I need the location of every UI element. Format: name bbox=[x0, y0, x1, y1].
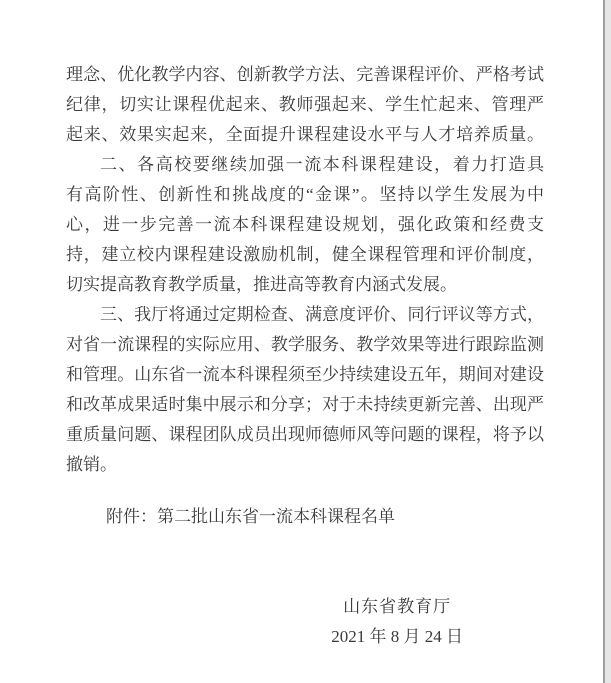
body-line: 理念、优化教学内容、创新教学方法、完善课程评价、严格考试 bbox=[66, 60, 544, 90]
signature-organization: 山东省教育厅 bbox=[331, 592, 463, 622]
scanned-document-page: 理念、优化教学内容、创新教学方法、完善课程评价、严格考试 纪律，切实让课程优起来… bbox=[0, 0, 611, 683]
attachment-reference-line: 附件：第二批山东省一流本科课程名单 bbox=[66, 502, 544, 532]
scan-edge-strip bbox=[605, 0, 611, 683]
body-line-paragraph-2-end: 切实提高教育教学质量，推进高等教育内涵式发展。 bbox=[66, 270, 544, 300]
body-line-paragraph-3-start: 三、我厅将通过定期检查、满意度评价、同行评议等方式， bbox=[66, 300, 544, 330]
body-line-paragraph-2-start: 二、各高校要继续加强一流本科课程建设，着力打造具 bbox=[66, 150, 544, 180]
body-line-paragraph-3-end: 撤销。 bbox=[66, 450, 544, 480]
body-line: 和管理。山东省一流本科课程须至少持续建设五年，期间对建设 bbox=[66, 360, 544, 390]
body-line: 心，进一步完善一流本科课程建设规划，强化政策和经费支 bbox=[66, 210, 544, 240]
body-line: 持，建立校内课程建设激励机制，健全课程管理和评价制度， bbox=[66, 240, 544, 270]
body-line: 有高阶性、创新性和挑战度的“金课”。坚持以学生发展为中 bbox=[66, 180, 544, 210]
body-line: 起来、效果实起来，全面提升课程建设水平与人才培养质量。 bbox=[66, 120, 544, 150]
document-body: 理念、优化教学内容、创新教学方法、完善课程评价、严格考试 纪律，切实让课程优起来… bbox=[66, 60, 544, 652]
body-line: 纪律，切实让课程优起来、教师强起来、学生忙起来、管理严 bbox=[66, 90, 544, 120]
signature-block: 山东省教育厅 2021 年 8 月 24 日 bbox=[331, 592, 463, 652]
body-line: 重质量问题、课程团队成员出现师德师风等问题的课程，将予以 bbox=[66, 420, 544, 450]
body-line: 对省一流课程的实际应用、教学服务、教学效果等进行跟踪监测 bbox=[66, 330, 544, 360]
body-line: 和改革成果适时集中展示和分享；对于未持续更新完善、出现严 bbox=[66, 390, 544, 420]
signature-date: 2021 年 8 月 24 日 bbox=[331, 622, 463, 652]
scan-edge-line bbox=[603, 0, 605, 683]
